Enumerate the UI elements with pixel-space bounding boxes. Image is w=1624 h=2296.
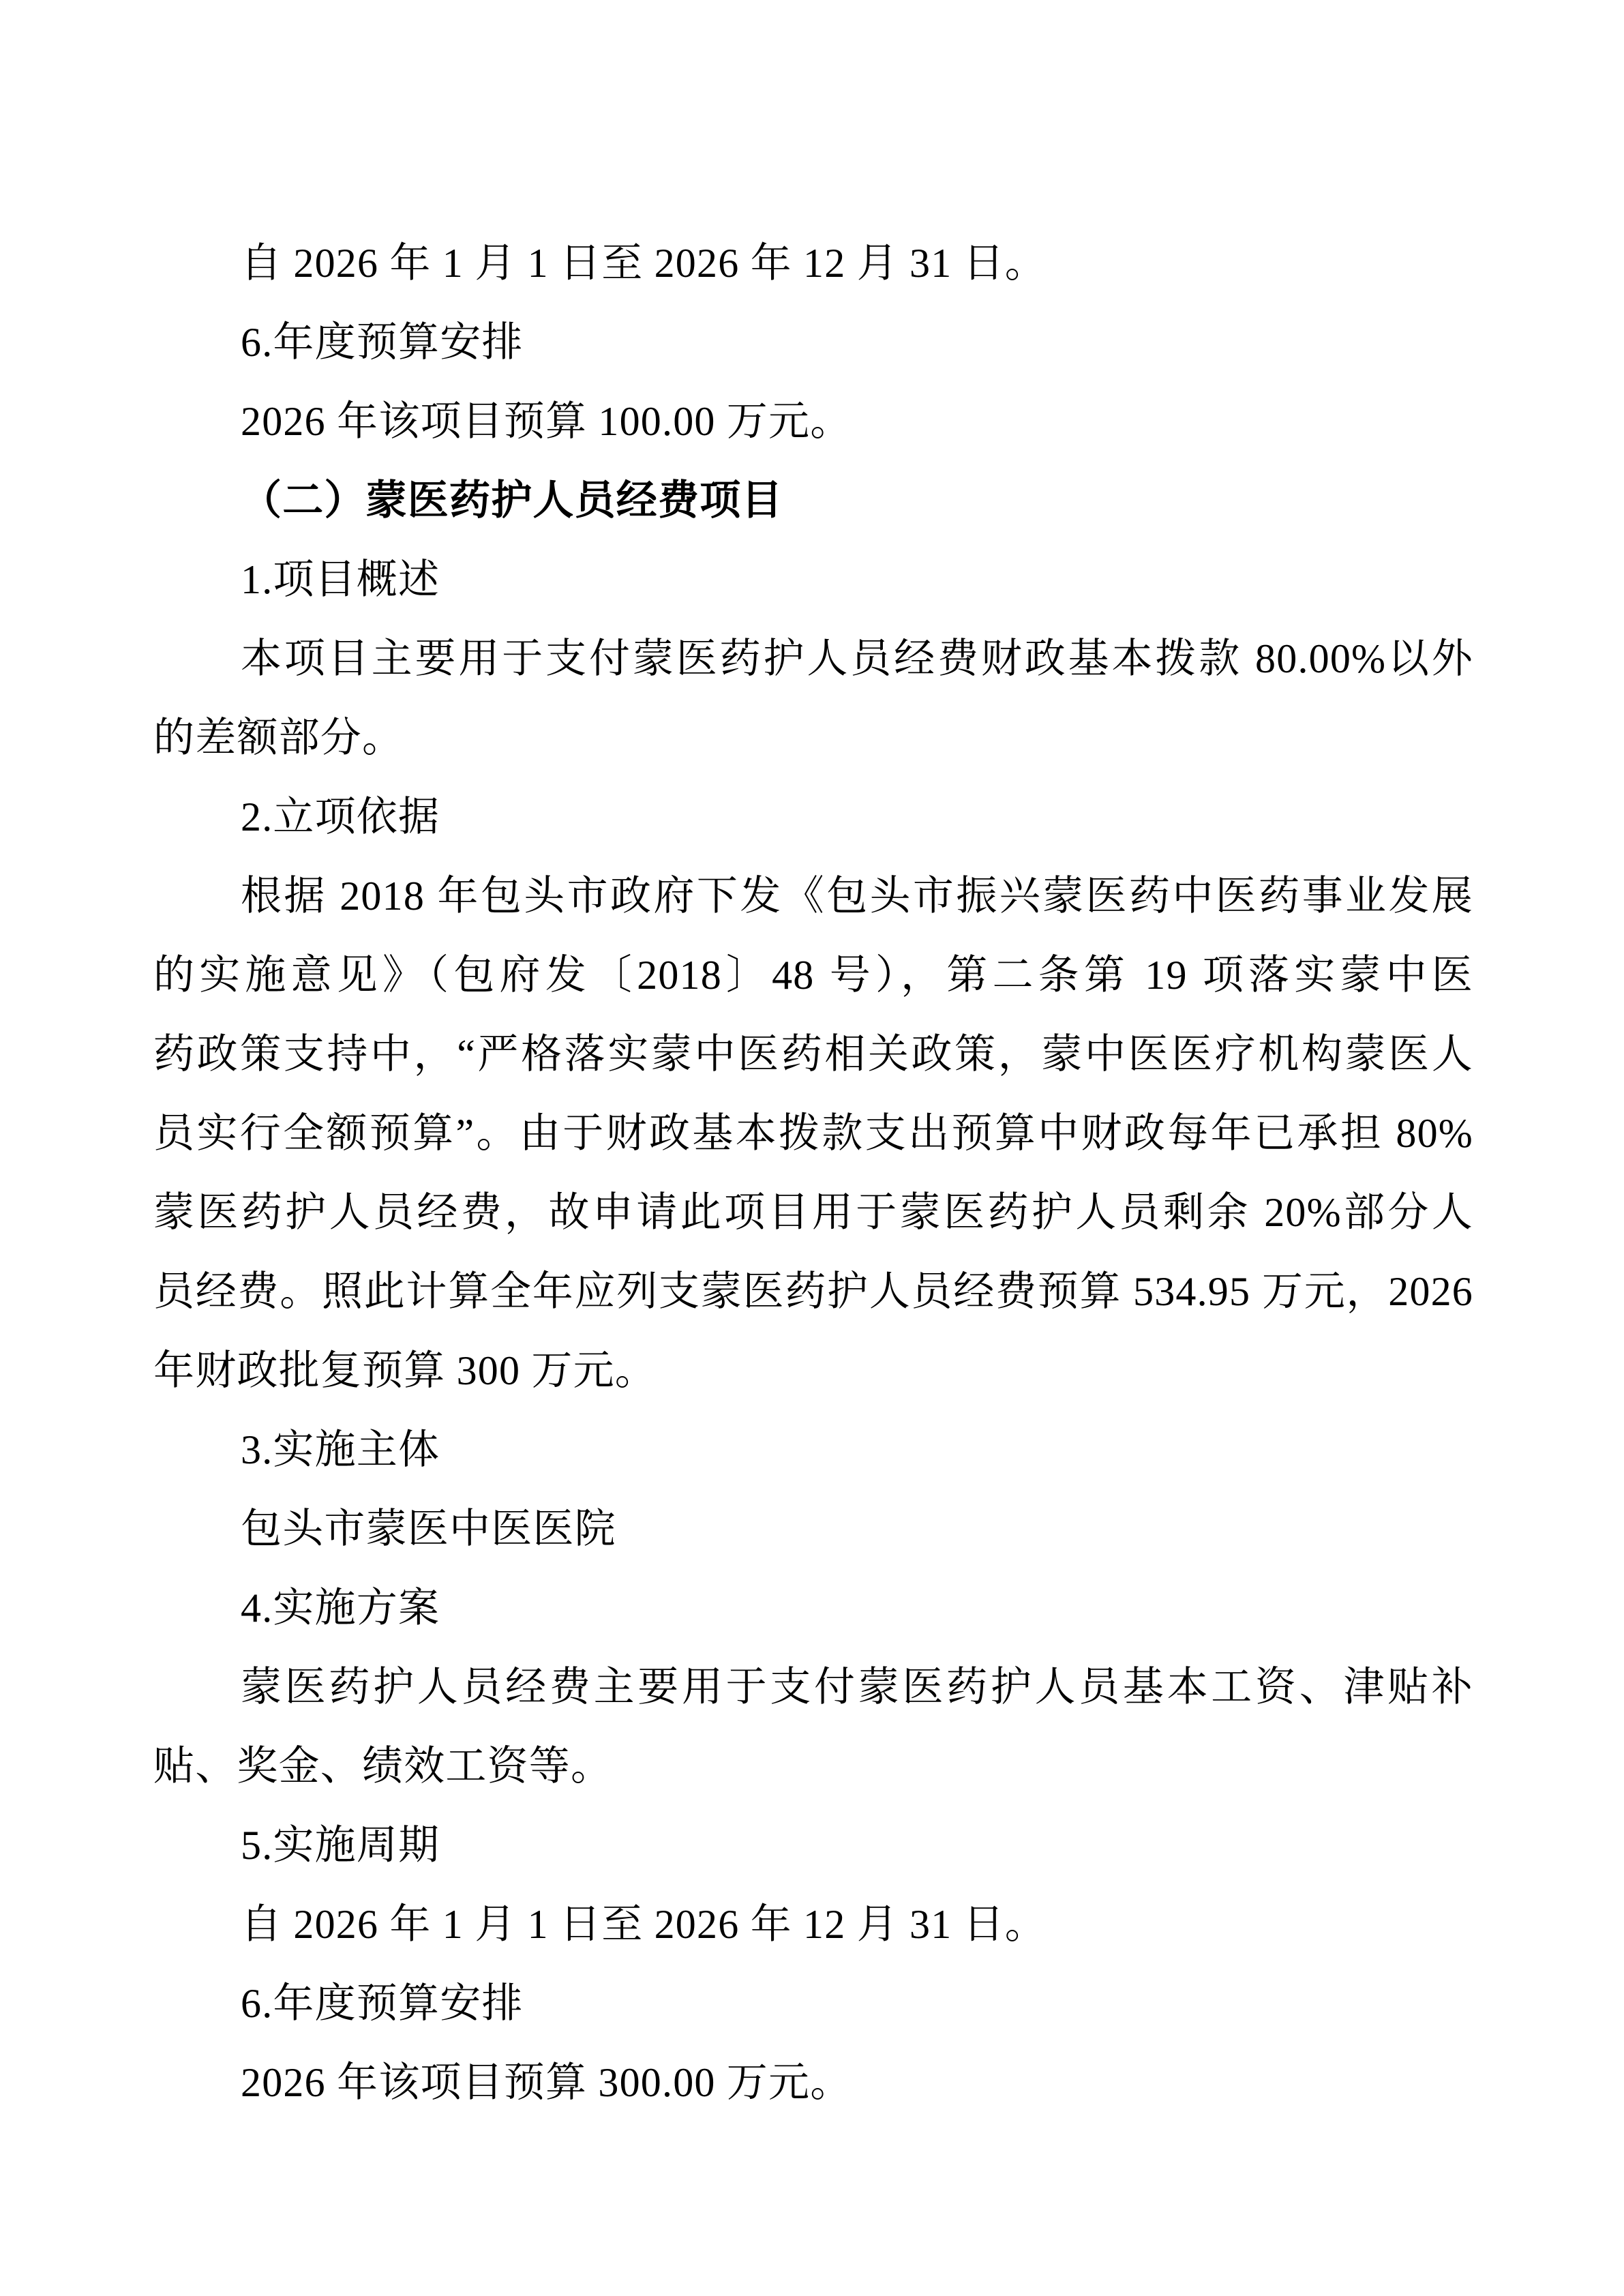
text-line-18: 蒙医药护人员经费主要用于支付蒙医药护人员基本工资、津贴补 bbox=[153, 1648, 1473, 1727]
text-line-10: 药政策支持中，“严格落实蒙中医药相关政策，蒙中医医疗机构蒙医人 bbox=[153, 1015, 1473, 1094]
text-line-6: 的差额部分。 bbox=[153, 698, 1473, 777]
document-page: 自 2026 年 1 月 1 日至 2026 年 12 月 31 日。6.年度预… bbox=[0, 0, 1624, 2296]
text-line-1: 6.年度预算安排 bbox=[153, 303, 1473, 382]
text-line-13: 员经费。照此计算全年应列支蒙医药护人员经费预算 534.95 万元，2026 bbox=[153, 1252, 1473, 1331]
text-line-16: 包头市蒙医中医医院 bbox=[153, 1489, 1473, 1568]
text-line-21: 自 2026 年 1 月 1 日至 2026 年 12 月 31 日。 bbox=[153, 1885, 1473, 1964]
text-line-0: 自 2026 年 1 月 1 日至 2026 年 12 月 31 日。 bbox=[153, 224, 1473, 303]
text-line-4: 1.项目概述 bbox=[153, 540, 1473, 619]
text-line-7: 2.立项依据 bbox=[153, 777, 1473, 856]
text-line-23: 2026 年该项目预算 300.00 万元。 bbox=[153, 2043, 1473, 2122]
text-line-9: 的实施意见》（包府发〔2018〕48 号），第二条第 19 项落实蒙中医 bbox=[153, 936, 1473, 1015]
text-line-20: 5.实施周期 bbox=[153, 1806, 1473, 1885]
text-line-2: 2026 年该项目预算 100.00 万元。 bbox=[153, 382, 1473, 461]
document-body: 自 2026 年 1 月 1 日至 2026 年 12 月 31 日。6.年度预… bbox=[153, 224, 1473, 2122]
section-heading: （二）蒙医药护人员经费项目 bbox=[153, 461, 1473, 540]
text-line-15: 3.实施主体 bbox=[153, 1410, 1473, 1489]
text-line-8: 根据 2018 年包头市政府下发《包头市振兴蒙医药中医药事业发展 bbox=[153, 856, 1473, 936]
text-line-17: 4.实施方案 bbox=[153, 1568, 1473, 1648]
text-line-14: 年财政批复预算 300 万元。 bbox=[153, 1331, 1473, 1410]
text-line-11: 员实行全额预算”。由于财政基本拨款支出预算中财政每年已承担 80% bbox=[153, 1094, 1473, 1173]
text-line-5: 本项目主要用于支付蒙医药护人员经费财政基本拨款 80.00%以外 bbox=[153, 619, 1473, 698]
text-line-19: 贴、奖金、绩效工资等。 bbox=[153, 1727, 1473, 1806]
text-line-22: 6.年度预算安排 bbox=[153, 1964, 1473, 2043]
text-line-12: 蒙医药护人员经费，故申请此项目用于蒙医药护人员剩余 20%部分人 bbox=[153, 1173, 1473, 1252]
